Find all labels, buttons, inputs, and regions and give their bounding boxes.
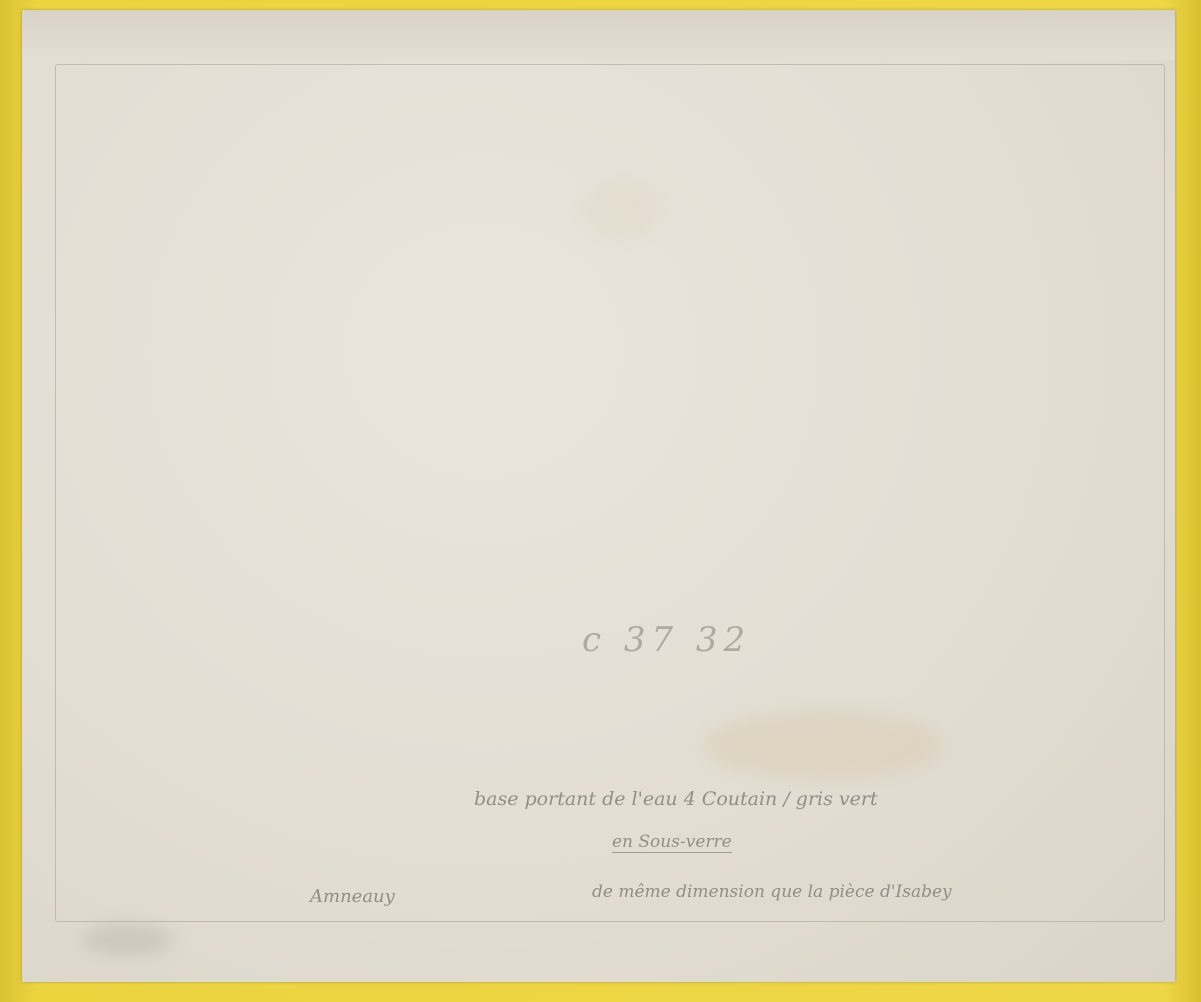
pencil-note-line-2-text: en Sous-verre (612, 832, 732, 853)
pencil-signature: Amneauy (310, 886, 395, 907)
paper-stain (582, 180, 662, 240)
pencil-note-line-2: en Sous-verre (612, 832, 732, 852)
paper-sheet: c 37 32 base portant de l'eau 4 Coutain … (22, 10, 1175, 982)
paper-stain (702, 710, 942, 780)
pencil-note-line-1: base portant de l'eau 4 Coutain / gris v… (474, 788, 878, 810)
torn-top-edge (22, 10, 1175, 60)
pencil-scribble: c 37 32 (582, 620, 751, 660)
pencil-note-line-3: de même dimension que la pièce d'Isabey (592, 882, 952, 902)
paper-stain (82, 925, 172, 955)
